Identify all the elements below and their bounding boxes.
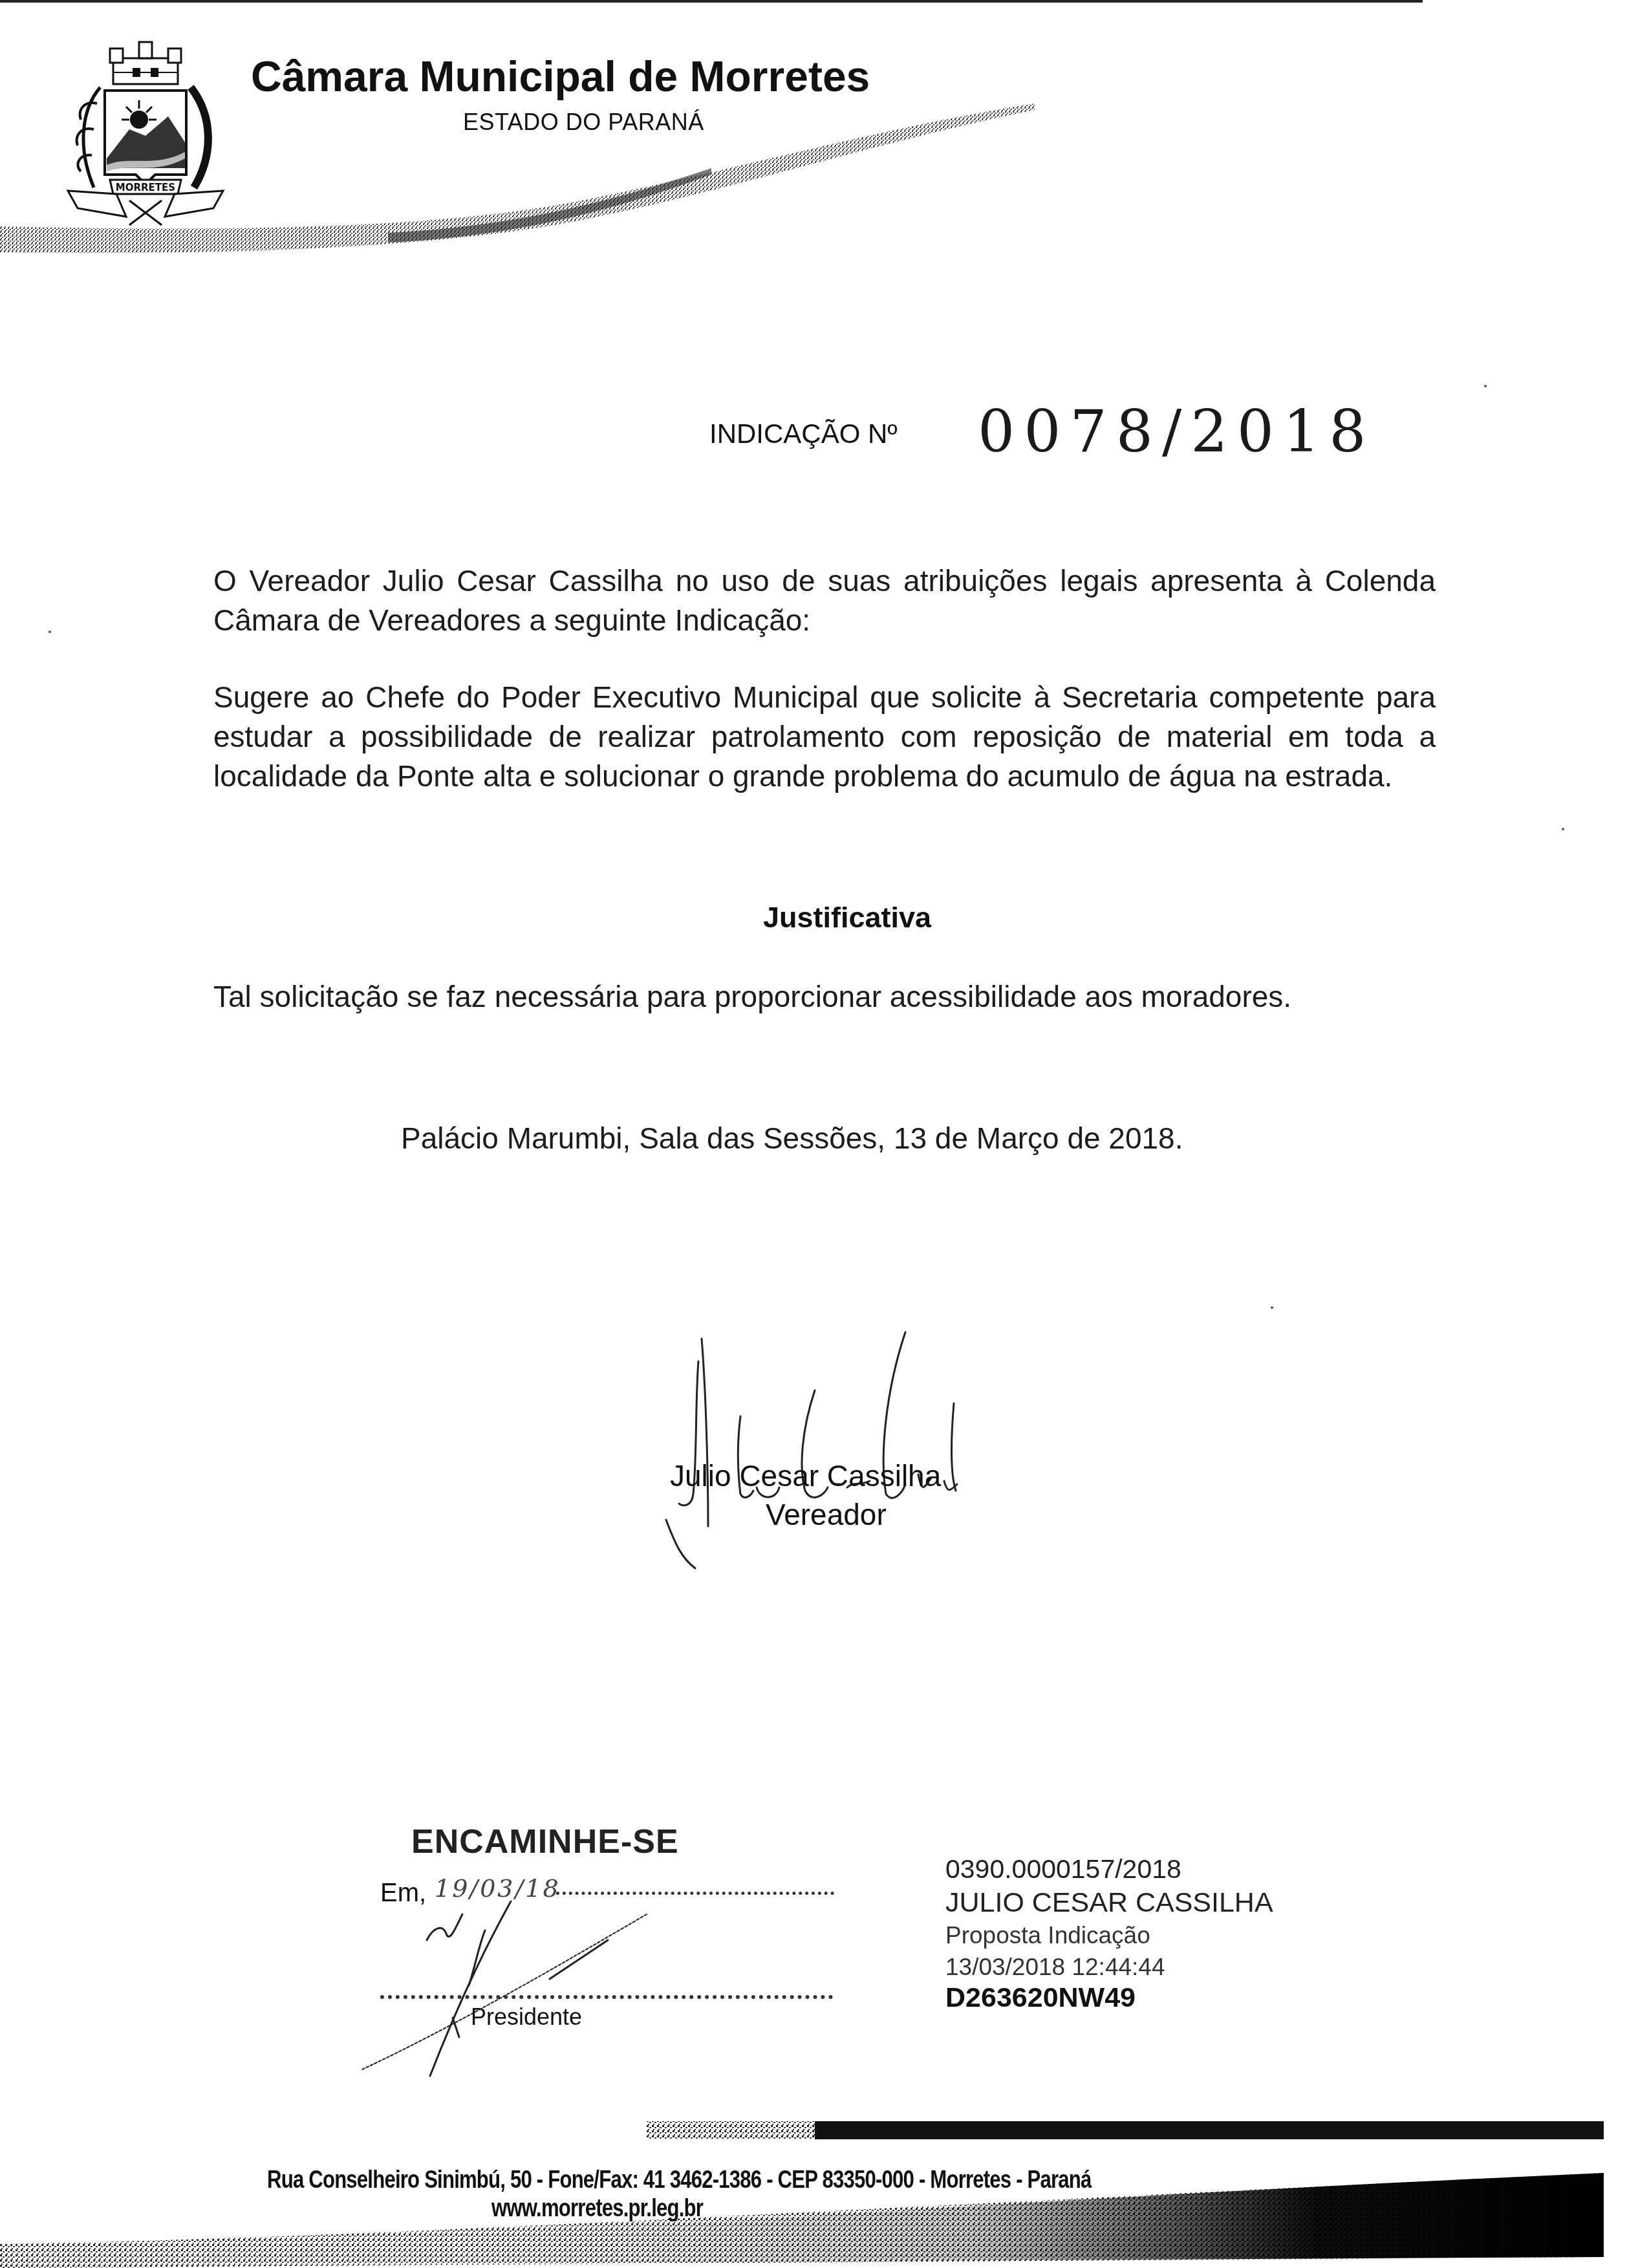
scan-speck <box>48 631 51 633</box>
footer-website-link[interactable]: www.morretes.pr.leg.br <box>491 2195 703 2223</box>
protocol-timestamp: 13/03/2018 12:44:44 <box>945 1954 1165 1981</box>
signer-name: Julio Cesar Cassilha <box>670 1458 941 1493</box>
coat-of-arms-icon: MORRETES <box>65 39 226 226</box>
protocol-author: JULIO CESAR CASSILHA <box>945 1887 1273 1919</box>
protocol-doc-type: Proposta Indicação <box>945 1922 1150 1949</box>
scan-top-border <box>0 0 1423 3</box>
intro-paragraph: O Vereador Julio Cesar Cassilha no uso d… <box>213 561 1436 640</box>
scan-speck <box>1271 1306 1273 1309</box>
scan-speck <box>1562 828 1564 830</box>
organization-state: ESTADO DO PARANÁ <box>463 109 704 136</box>
signer-role: Vereador <box>766 1497 887 1532</box>
svg-text:MORRETES: MORRETES <box>116 182 175 193</box>
president-signature <box>297 1888 660 2082</box>
footer-address: Rua Conselheiro Sinimbú, 50 - Fone/Fax: … <box>267 2166 1092 2194</box>
scan-speck <box>1484 385 1487 387</box>
place-and-date: Palácio Marumbi, Sala das Sessões, 13 de… <box>401 1121 1183 1156</box>
protocol-verification-code: D263620NW49 <box>945 1982 1136 2014</box>
justification-paragraph: Tal solicitação se faz necessária para p… <box>213 977 1436 1017</box>
organization-name: Câmara Municipal de Morretes <box>251 52 870 101</box>
document-number-stamp: 0078/2018 <box>978 398 1375 466</box>
handwritten-signature <box>647 1326 1009 1571</box>
protocol-process-number: 0390.0000157/2018 <box>945 1854 1181 1885</box>
request-paragraph: Sugere ao Chefe do Poder Executivo Munic… <box>213 678 1436 796</box>
justification-heading: Justificativa <box>0 901 1649 934</box>
forward-stamp-title: ENCAMINHE-SE <box>411 1822 679 1861</box>
document-type-label: INDICAÇÃO Nº <box>709 418 898 449</box>
